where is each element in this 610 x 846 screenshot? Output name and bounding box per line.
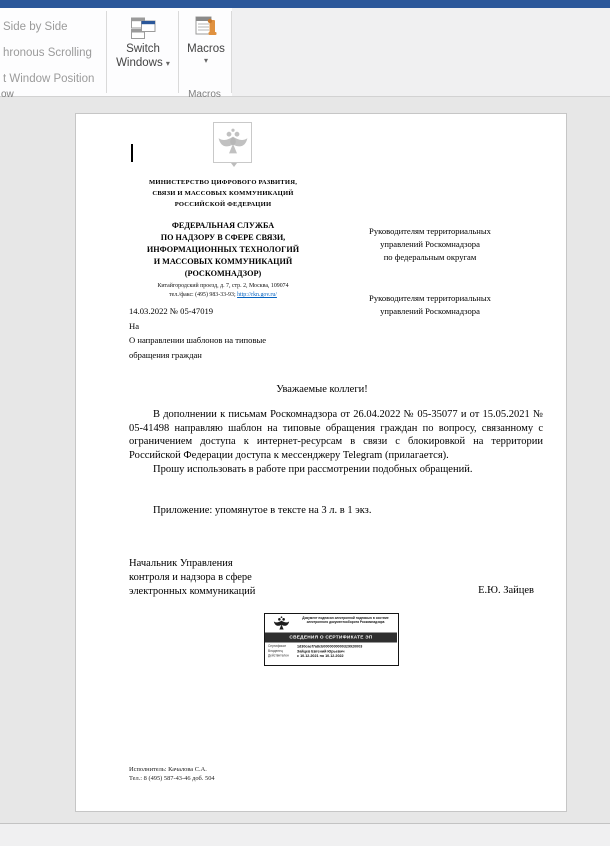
ref-prefix: На	[129, 319, 266, 334]
double-eagle-icon	[217, 126, 249, 160]
emblem-notch	[231, 163, 237, 167]
signature-certificate-stamp: Документ подписан электронной подписью в…	[264, 613, 399, 666]
executor-footer: Исполнитель: Качалова С.А. Тел.: 8 (495)…	[129, 765, 215, 783]
salutation: Уважаемые коллеги!	[76, 384, 568, 395]
body-paragraph-1: В дополнении к письмам Роскомнадзора от …	[129, 408, 543, 463]
agency-contacts: Китайгородский проезд, д. 7, стр. 2, Мос…	[103, 282, 343, 300]
agency-address: Китайгородский проезд, д. 7, стр. 2, Мос…	[103, 282, 343, 291]
executor-line: Исполнитель: Качалова С.А.	[129, 765, 215, 774]
stamp-eagle-icon	[271, 616, 292, 633]
macros-icon	[193, 12, 220, 42]
stamp-band: СВЕДЕНИЯ О СЕРТИФИКАТЕ ЭП	[265, 633, 397, 643]
text-cursor	[131, 144, 133, 162]
view-side-by-side-button[interactable]: Side by Side	[3, 21, 68, 33]
switch-windows-button[interactable]: Switch Windows ▾	[112, 12, 174, 70]
stamp-top-text: Документ подписан электронной подписью в…	[298, 617, 393, 625]
ribbon-separator	[178, 11, 179, 93]
document-page[interactable]: МИНИСТЕРСТВО ЦИФРОВОГО РАЗВИТИЯ, СВЯЗИ И…	[75, 113, 567, 812]
chevron-down-icon: ▾	[204, 56, 208, 65]
macros-label: Macros	[187, 42, 225, 56]
subject-line-2: обращения граждан	[129, 348, 266, 363]
ribbon: Side by Side hronous Scrolling t Window …	[0, 8, 610, 97]
switch-windows-label-2: Windows ▾	[116, 56, 170, 70]
signer-name: Е.Ю. Зайцев	[478, 585, 534, 596]
ribbon-separator	[231, 11, 232, 93]
subject-line-1: О направлении шаблонов на типовые	[129, 333, 266, 348]
macros-button[interactable]: Macros ▾	[183, 12, 229, 65]
reference-block: 14.03.2022 № 05-47019 На О направлении ш…	[129, 304, 266, 362]
addressee-block-1: Руководителям территориальных управлений…	[334, 225, 526, 265]
body-paragraph-2: Прошу использовать в работе при рассмотр…	[129, 463, 543, 477]
word-window: Side by Side hronous Scrolling t Window …	[0, 0, 610, 846]
signer-title: Начальник Управления контроля и надзора …	[129, 557, 255, 599]
switch-windows-icon	[130, 12, 157, 42]
date-number-line: 14.03.2022 № 05-47019	[129, 304, 266, 319]
agency-site-link[interactable]: http://rkn.gov.ru/	[237, 292, 277, 298]
stamp-row: Действителен с 10.12.2021 по 10.12.2022	[265, 654, 397, 659]
body-text: В дополнении к письмам Роскомнадзора от …	[129, 408, 543, 477]
phone-line: Тел.: 8 (495) 587-43-46 доб. 504	[129, 774, 215, 783]
reset-window-position-button[interactable]: t Window Position	[3, 73, 94, 85]
document-workspace: МИНИСТЕРСТВО ЦИФРОВОГО РАЗВИТИЯ, СВЯЗИ И…	[0, 97, 610, 823]
agency-phone-line: тел./факс: (495) 983-33-93; http://rkn.g…	[103, 291, 343, 300]
chevron-down-icon: ▾	[166, 59, 170, 68]
ministry-header: МИНИСТЕРСТВО ЦИФРОВОГО РАЗВИТИЯ, СВЯЗИ И…	[103, 177, 343, 210]
addressee-block-2: Руководителям территориальных управлений…	[334, 292, 526, 318]
attachment-line: Приложение: упомянутое в тексте на 3 л. …	[129, 505, 543, 516]
agency-header: ФЕДЕРАЛЬНАЯ СЛУЖБА ПО НАДЗОРУ В СФЕРЕ СВ…	[103, 220, 343, 280]
synchronous-scrolling-button[interactable]: hronous Scrolling	[3, 47, 92, 59]
coat-of-arms-image	[213, 122, 252, 163]
status-bar	[0, 823, 610, 846]
title-bar	[0, 0, 610, 8]
switch-windows-label-1: Switch	[126, 42, 160, 56]
ribbon-separator	[106, 11, 107, 93]
